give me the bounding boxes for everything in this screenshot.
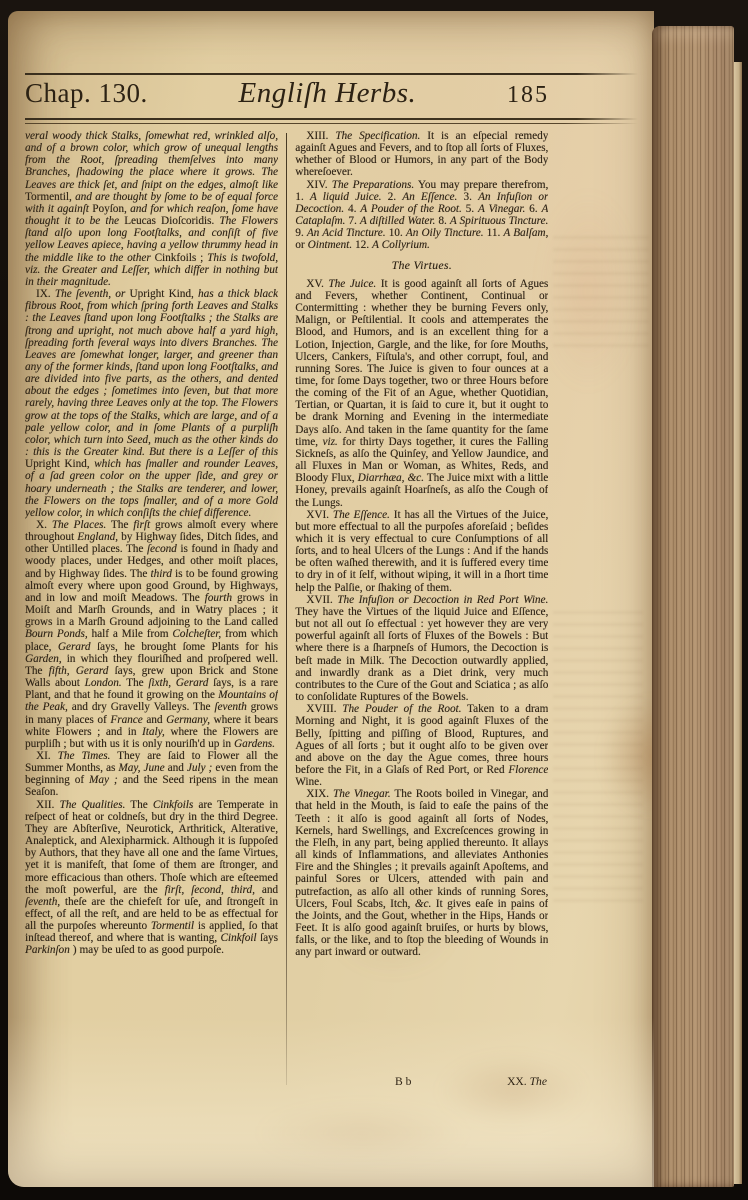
catchword-number: XX. <box>507 1075 530 1088</box>
running-header: Chap. 130. Engliſh Herbs. 185 <box>25 77 549 117</box>
catchword-word: The <box>530 1075 547 1088</box>
paragraph: XV. The Juice. It is good againſt all ſo… <box>295 278 548 509</box>
paragraph: XVI. The Eſſence. It has all the Virtues… <box>295 509 548 594</box>
paragraph: XIX. The Vinegar. The Roots boiled in Vi… <box>295 788 548 958</box>
page-footer: B b XX. The <box>25 1075 549 1091</box>
outer-page-edge <box>734 62 742 1184</box>
section-heading: The Virtues. <box>295 259 548 271</box>
paragraph: XIV. The Preparations. You may prepare t… <box>295 179 548 252</box>
paragraph: XII. The Qualities. The Cinkfoils are Te… <box>25 799 278 957</box>
header-bottom-rule-thin <box>25 123 638 124</box>
paragraph: XVIII. The Pouder of the Root. Taken to … <box>295 703 548 788</box>
chapter-label: Chap. 130. <box>25 78 148 109</box>
header-top-rule <box>25 73 638 75</box>
paragraph: IX. The ſeventh, or Upright Kind, has a … <box>25 288 278 519</box>
text-block: veral woody thick Stalks, ſomewhat red, … <box>25 130 549 1089</box>
book-fore-edge-pages <box>652 26 734 1187</box>
paragraph: XIII. The Specification. It is an eſpeci… <box>295 130 548 179</box>
column-divider-rule <box>286 133 287 1085</box>
paragraph: XVII. The Infuſion or Decoction in Red P… <box>295 594 548 703</box>
text-column-right: XIII. The Specification. It is an eſpeci… <box>295 130 548 1089</box>
catchword: XX. The <box>507 1075 547 1088</box>
paragraph: X. The Places. The firſt grows almoſt ev… <box>25 519 278 750</box>
paragraph: veral woody thick Stalks, ſomewhat red, … <box>25 130 278 288</box>
scanner-background: Chap. 130. Engliſh Herbs. 185 veral wood… <box>0 0 748 1200</box>
page-number: 185 <box>507 82 549 109</box>
page-title: Engliſh Herbs. <box>148 77 507 110</box>
paragraph: XI. The Times. They are ſaid to Flower a… <box>25 750 278 799</box>
signature-mark: B b <box>395 1075 411 1088</box>
text-bleed-through <box>553 611 643 911</box>
text-bleed-through <box>553 236 649 356</box>
header-bottom-rule <box>25 118 638 120</box>
book-page: Chap. 130. Engliſh Herbs. 185 veral wood… <box>8 11 654 1187</box>
text-column-left: veral woody thick Stalks, ſomewhat red, … <box>25 130 278 1089</box>
